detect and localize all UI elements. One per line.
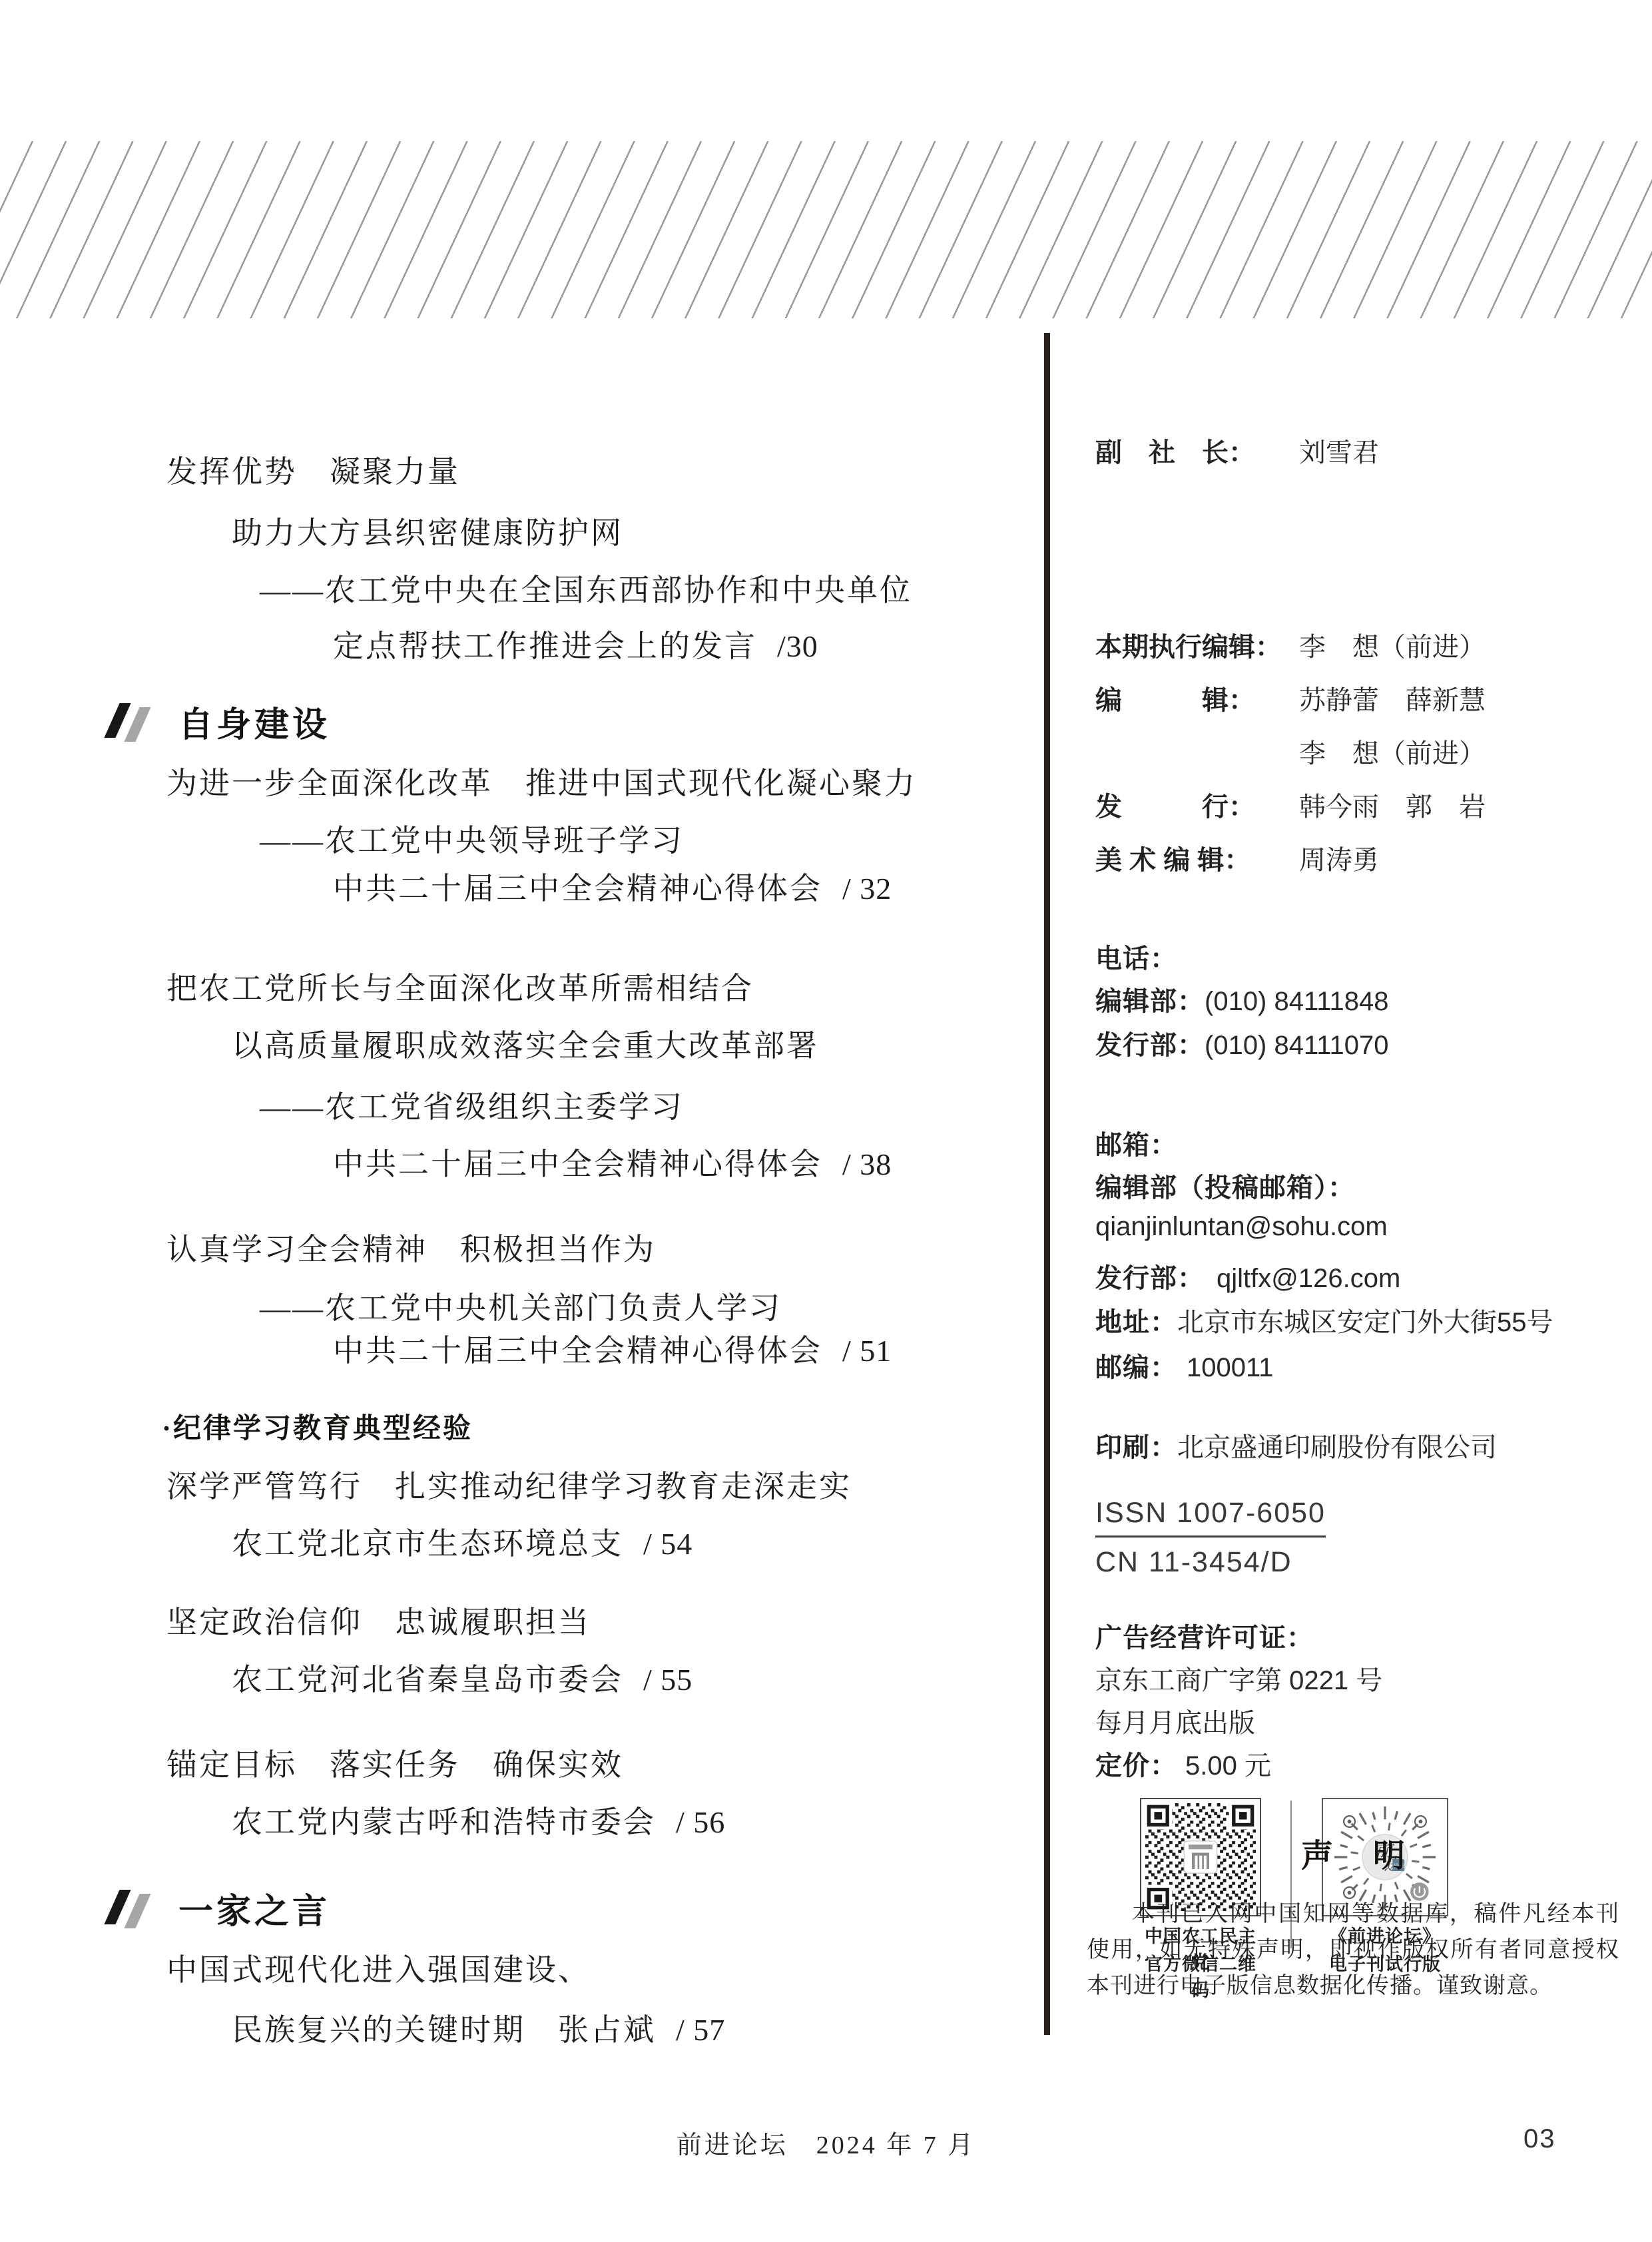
masthead-row: 本期执行编辑：李 想（前进） bbox=[1095, 626, 1486, 664]
toc-page-number: / 51 bbox=[842, 1334, 892, 1368]
toc-article-title: 发挥优势 凝聚力量 bbox=[166, 447, 460, 491]
footer-journal-date: 前进论坛 2024 年 7 月 bbox=[0, 2124, 1652, 2161]
publish-cycle: 每月月底出版 bbox=[1095, 1702, 1255, 1740]
ad-license-heading: 广告经营许可证： bbox=[1095, 1617, 1314, 1655]
toc-article-byline: ——农工党中央机关部门负责人学习 bbox=[260, 1284, 782, 1328]
toc-page-number: / 54 bbox=[643, 1527, 692, 1561]
footer-page-number: 03 bbox=[1523, 2124, 1556, 2154]
masthead-row: 美 术 编 辑：周涛勇 bbox=[1095, 839, 1379, 877]
toc-article-byline: ——农工党省级组织主委学习 bbox=[260, 1083, 684, 1127]
toc-article-byline: ——农工党中央领导班子学习 bbox=[260, 816, 684, 860]
toc-article-byline: 农工党内蒙古呼和浩特市委会/ 56 bbox=[232, 1798, 725, 1842]
toc-article-title: 坚定政治信仰 忠诚履职担当 bbox=[166, 1598, 591, 1642]
toc-article-title: 中国式现代化进入强国建设、 bbox=[166, 1946, 591, 1990]
toc-article-byline: 民族复兴的关键时期 张占斌/ 57 bbox=[232, 2006, 725, 2050]
column-divider-rule bbox=[1044, 333, 1050, 2035]
phone-heading: 电话： bbox=[1095, 938, 1177, 976]
toc-subsection-discipline: ·纪律学习教育典型经验 bbox=[162, 1406, 473, 1446]
toc-article-byline: 中共二十届三中全会精神心得体会/ 32 bbox=[333, 864, 892, 908]
postal-address: 地址：北京市东城区安定门外大街55号 bbox=[1095, 1301, 1553, 1339]
toc-article-title: 把农工党所长与全面深化改革所需相结合 bbox=[166, 964, 754, 1008]
toc-page-number: /30 bbox=[777, 629, 818, 663]
toc-article-byline: 中共二十届三中全会精神心得体会/ 38 bbox=[333, 1140, 892, 1184]
toc-page-number: / 32 bbox=[842, 872, 892, 906]
statement-body: 本刊已入网中国知网等数据库，稿件凡经本刊使用，如无特殊声明，即视作版权所有者同意… bbox=[1087, 1896, 1619, 2004]
toc-article-subtitle: 以高质量履职成效落实全会重大改革部署 bbox=[232, 1021, 819, 1065]
toc-article-title: 锚定目标 落实任务 确保实效 bbox=[166, 1741, 623, 1785]
mail-editorial-address: qianjinluntan@sohu.com bbox=[1095, 1212, 1388, 1242]
ad-license-number: 京东工商广字第 0221 号 bbox=[1095, 1659, 1382, 1697]
printer: 印刷：北京盛通印刷股份有限公司 bbox=[1095, 1426, 1497, 1464]
toc-article-byline: 中共二十届三中全会精神心得体会/ 51 bbox=[333, 1326, 892, 1370]
toc-article-subtitle: 助力大方县织密健康防护网 bbox=[232, 509, 623, 553]
section-slashes-icon bbox=[105, 703, 153, 740]
masthead-row: 李 想（前进） bbox=[1095, 732, 1486, 770]
toc-article-title: 为进一步全面深化改革 推进中国式现代化凝心聚力 bbox=[166, 759, 917, 803]
magazine-toc-page: 发挥优势 凝聚力量 助力大方县织密健康防护网 ——农工党中央在全国东西部协作和中… bbox=[0, 0, 1652, 2242]
phone-distribution: 发行部：(010) 84111070 bbox=[1095, 1024, 1389, 1062]
price: 定价：5.00 元 bbox=[1095, 1745, 1271, 1783]
zip-code: 邮编：100011 bbox=[1095, 1346, 1274, 1384]
toc-page-number: / 57 bbox=[676, 2013, 725, 2047]
toc-article-byline: 农工党河北省秦皇岛市委会/ 55 bbox=[232, 1655, 692, 1699]
mail-distribution: 发行部：qjltfx@126.com bbox=[1095, 1257, 1400, 1295]
diagonal-hatch-banner bbox=[0, 141, 1652, 318]
toc-section-one-voice: 一家之言 bbox=[105, 1883, 330, 1933]
toc-page-number: / 56 bbox=[676, 1805, 725, 1839]
section-slashes-icon bbox=[105, 1890, 153, 1927]
cn-number: CN 11-3454/D bbox=[1095, 1546, 1292, 1579]
toc-article-title: 认真学习全会精神 积极担当作为 bbox=[166, 1225, 656, 1269]
masthead-row: 副 社 长：刘雪君 bbox=[1095, 431, 1379, 469]
mail-editorial-label: 编辑部（投稿邮箱）： bbox=[1095, 1167, 1355, 1205]
toc-article-byline: 定点帮扶工作推进会上的发言/30 bbox=[333, 622, 818, 666]
section-title: 一家之言 bbox=[178, 1883, 330, 1933]
masthead-row: 编 辑：苏静蕾 薛新慧 bbox=[1095, 679, 1486, 717]
toc-page-number: / 55 bbox=[643, 1663, 692, 1697]
qr-finder-top-right bbox=[1229, 1803, 1256, 1829]
toc-article-title: 深学严管笃行 扎实推动纪律学习教育走深走实 bbox=[166, 1462, 852, 1506]
section-title: 自身建设 bbox=[178, 697, 330, 746]
toc-page-number: / 38 bbox=[842, 1147, 892, 1181]
toc-section-self-building: 自身建设 bbox=[105, 697, 330, 746]
toc-article-byline: 农工党北京市生态环境总支/ 54 bbox=[232, 1520, 692, 1563]
qr-finder-top-left bbox=[1145, 1803, 1172, 1829]
statement-heading: 声 明 bbox=[1095, 1830, 1615, 1876]
masthead-row: 发 行：韩今雨 郭 岩 bbox=[1095, 786, 1486, 824]
issn-number: ISSN 1007-6050 bbox=[1095, 1497, 1326, 1530]
mail-heading: 邮箱： bbox=[1095, 1124, 1177, 1162]
phone-editorial: 编辑部：(010) 84111848 bbox=[1095, 980, 1389, 1018]
toc-article-byline: ——农工党中央在全国东西部协作和中央单位 bbox=[260, 566, 912, 610]
